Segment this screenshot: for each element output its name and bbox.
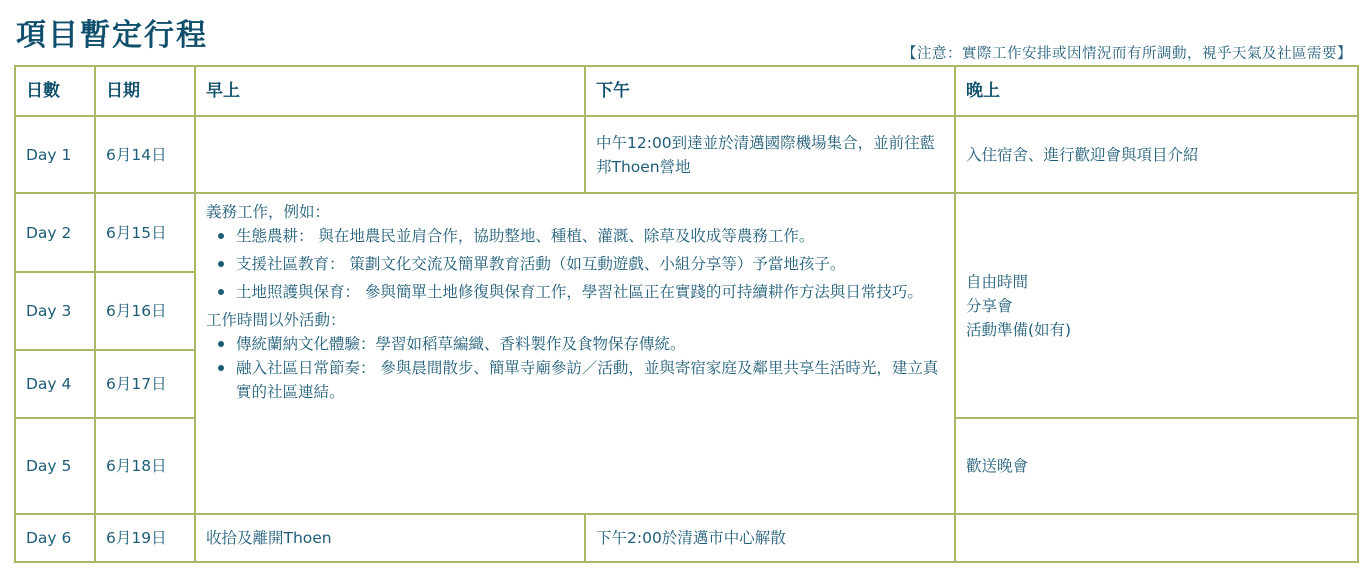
evening-item: 活動準備(如有) [966, 318, 1347, 342]
schedule-note: 【注意：實際工作安排或因情況而有所調動，視乎天氣及社區需要】 [902, 42, 1352, 63]
evening-item: 分享會 [966, 294, 1347, 318]
cell-day: Day 6 [15, 514, 95, 562]
list-item-text: 融入社區日常節奏： 參與晨間散步、簡單寺廟參訪／活動，並與寄宿家庭及鄰里共享生活… [236, 359, 938, 401]
cell-date: 6月15日 [95, 193, 195, 272]
bullet-icon [218, 341, 224, 347]
list-item-text: 傳統蘭納文化體驗：學習如稻草編織、香料製作及食物保存傳統。 [236, 335, 686, 353]
cell-afternoon: 下午2:00於清邁市中心解散 [585, 514, 955, 562]
page-title: 項目暫定行程 [16, 10, 208, 54]
table-header-row: 日數 日期 早上 下午 晚上 [15, 66, 1358, 116]
cell-day: Day 5 [15, 418, 95, 514]
cell-day: Day 4 [15, 350, 95, 418]
volunteer-list: 生態農耕： 與在地農民並肩合作，協助整地、種植、灌溉、除草及收成等農務工作。 支… [206, 224, 944, 304]
table-row: Day 2 6月15日 義務工作，例如： 生態農耕： 與在地農民並肩合作，協助整… [15, 193, 1358, 272]
table-row: Day 1 6月14日 中午12:00到達並於清邁國際機場集合，並前往藍邦Tho… [15, 116, 1358, 193]
cell-date: 6月18日 [95, 418, 195, 514]
list-item: 生態農耕： 與在地農民並肩合作，協助整地、種植、灌溉、除草及收成等農務工作。 [236, 224, 944, 248]
bullet-icon [218, 365, 224, 371]
bullet-icon [218, 289, 224, 295]
list-item-text: 支援社區教育： 策劃文化交流及簡單教育活動（如互動遊戲、小組分享等）予當地孩子。 [236, 255, 845, 273]
cell-evening-day2-4: 自由時間 分享會 活動準備(如有) [955, 193, 1358, 418]
header-evening: 晚上 [955, 66, 1358, 116]
cell-evening [955, 514, 1358, 562]
list-item-text: 土地照護與保育： 參與簡單土地修復與保育工作，學習社區正在實踐的可持續耕作方法與… [236, 283, 923, 301]
header-day-count: 日數 [15, 66, 95, 116]
list-item: 傳統蘭納文化體驗：學習如稻草編織、香料製作及食物保存傳統。 [236, 332, 944, 356]
list-item: 支援社區教育： 策劃文化交流及簡單教育活動（如互動遊戲、小組分享等）予當地孩子。 [236, 252, 944, 276]
extra-activities-list: 傳統蘭納文化體驗：學習如稻草編織、香料製作及食物保存傳統。 融入社區日常節奏： … [206, 332, 944, 404]
schedule-table: 日數 日期 早上 下午 晚上 Day 1 6月14日 中午12:00到達並於清邁… [14, 65, 1359, 563]
cell-date: 6月19日 [95, 514, 195, 562]
cell-morning: 收拾及離開Thoen [195, 514, 585, 562]
cell-evening: 歡送晚會 [955, 418, 1358, 514]
cell-date: 6月16日 [95, 272, 195, 350]
bullet-icon [218, 261, 224, 267]
table-row: Day 6 6月19日 收拾及離開Thoen 下午2:00於清邁市中心解散 [15, 514, 1358, 562]
list-item: 土地照護與保育： 參與簡單土地修復與保育工作，學習社區正在實踐的可持續耕作方法與… [236, 280, 944, 304]
cell-date: 6月17日 [95, 350, 195, 418]
header-morning: 早上 [195, 66, 585, 116]
volunteer-heading: 義務工作，例如： [206, 200, 944, 224]
header-date: 日期 [95, 66, 195, 116]
cell-activities-day2-5: 義務工作，例如： 生態農耕： 與在地農民並肩合作，協助整地、種植、灌溉、除草及收… [195, 193, 955, 514]
cell-day: Day 2 [15, 193, 95, 272]
header-afternoon: 下午 [585, 66, 955, 116]
list-item: 融入社區日常節奏： 參與晨間散步、簡單寺廟參訪／活動，並與寄宿家庭及鄰里共享生活… [236, 356, 944, 404]
cell-morning [195, 116, 585, 193]
cell-evening: 入住宿舍、進行歡迎會與項目介紹 [955, 116, 1358, 193]
cell-afternoon: 中午12:00到達並於清邁國際機場集合，並前往藍邦Thoen營地 [585, 116, 955, 193]
cell-day: Day 3 [15, 272, 95, 350]
cell-date: 6月14日 [95, 116, 195, 193]
bullet-icon [218, 233, 224, 239]
cell-day: Day 1 [15, 116, 95, 193]
evening-item: 自由時間 [966, 270, 1347, 294]
list-item-text: 生態農耕： 與在地農民並肩合作，協助整地、種植、灌溉、除草及收成等農務工作。 [236, 227, 814, 245]
extra-activities-heading: 工作時間以外活動： [206, 308, 944, 332]
